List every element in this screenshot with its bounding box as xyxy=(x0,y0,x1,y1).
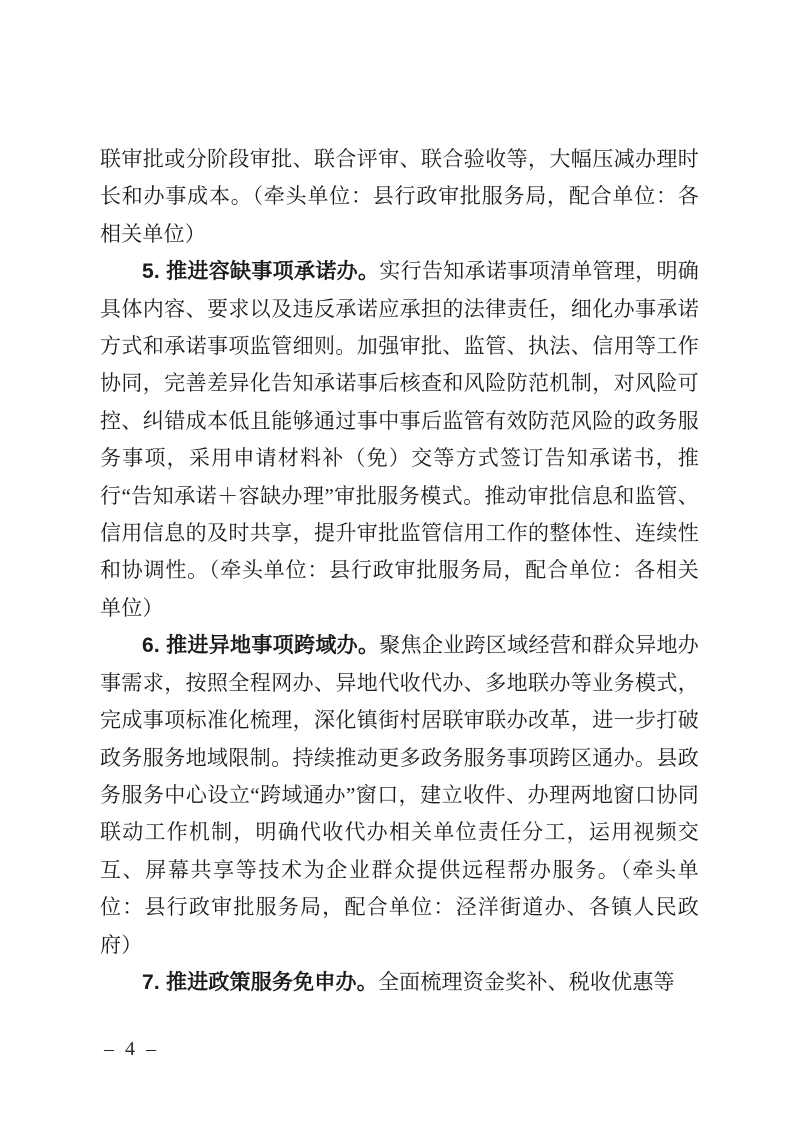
paragraph-item-7: 7. 推进政策服务免申办。全面梳理资金奖补、税收优惠等 xyxy=(100,964,699,1001)
heading-item-5: 5. 推进容缺事项承诺办。 xyxy=(142,260,379,283)
paragraph-text: 聚焦企业跨区域经营和群众异地办事需求，按照全程网办、异地代收代办、多地联办等业务… xyxy=(100,633,699,956)
page-number: – 4 – xyxy=(104,1038,159,1061)
paragraph-item-5: 5. 推进容缺事项承诺办。实行告知承诺事项清单管理，明确具体内容、要求以及违反承… xyxy=(100,253,699,627)
paragraph-continuation: 联审批或分阶段审批、联合评审、联合验收等，大幅压减办理时长和办事成本。（牵头单位… xyxy=(100,141,699,253)
paragraph-item-6: 6. 推进异地事项跨域办。聚焦企业跨区域经营和群众异地办事需求，按照全程网办、异… xyxy=(100,627,699,964)
document-body: 联审批或分阶段审批、联合评审、联合验收等，大幅压减办理时长和办事成本。（牵头单位… xyxy=(100,141,699,1001)
heading-item-7: 7. 推进政策服务免申办。 xyxy=(142,971,378,994)
document-page: 联审批或分阶段审批、联合评审、联合验收等，大幅压减办理时长和办事成本。（牵头单位… xyxy=(0,0,793,1122)
heading-item-6: 6. 推进异地事项跨域办。 xyxy=(142,634,379,657)
paragraph-text: 实行告知承诺事项清单管理，明确具体内容、要求以及违反承诺应承担的法律责任，细化办… xyxy=(100,259,699,620)
paragraph-text: 全面梳理资金奖补、税收优惠等 xyxy=(378,970,675,994)
paragraph-text: 联审批或分阶段审批、联合评审、联合验收等，大幅压减办理时长和办事成本。（牵头单位… xyxy=(100,147,699,246)
